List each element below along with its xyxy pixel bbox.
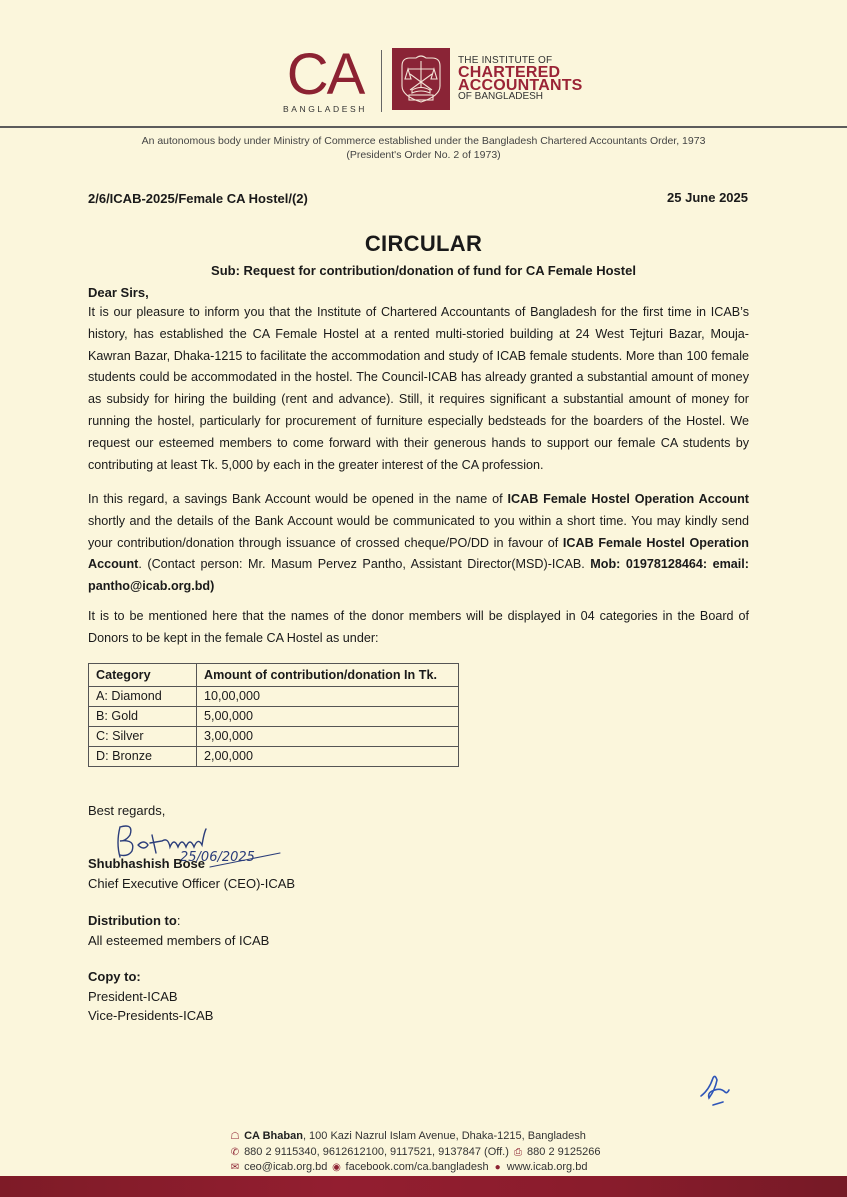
- footer-online: ✉ ceo@icab.org.bd ◉ facebook.com/ca.bang…: [229, 1160, 600, 1176]
- footer-address-text: , 100 Kazi Nazrul Islam Avenue, Dhaka-12…: [303, 1130, 586, 1142]
- row-amount: 3,00,000: [197, 727, 459, 747]
- signatory-title: Chief Executive Officer (CEO)-ICAB: [88, 876, 295, 891]
- fax-icon: ⎙: [512, 1145, 524, 1161]
- table-row: C: Silver 3,00,000: [89, 727, 459, 747]
- table-row: A: Diamond 10,00,000: [89, 687, 459, 707]
- facebook-icon: ◉: [330, 1160, 342, 1176]
- row-amount: 10,00,000: [197, 687, 459, 707]
- ca-logo: CA BANGLADESH: [279, 48, 371, 114]
- presidents-order: (President's Order No. 2 of 1973): [0, 149, 847, 161]
- phone-icon: ✆: [229, 1145, 241, 1161]
- distribution-value: All esteemed members of ICAB: [88, 933, 269, 948]
- paragraph-donor-board: It is to be mentioned here that the name…: [88, 606, 749, 650]
- letter-date: 25 June 2025: [667, 190, 748, 205]
- footer-fax-number: 880 2 9125266: [527, 1146, 600, 1158]
- footer-website-link[interactable]: www.icab.org.bd: [507, 1161, 588, 1173]
- footer-color-band: [0, 1176, 847, 1197]
- footer-phone-numbers: 880 2 9115340, 9612612100, 9117521, 9137…: [244, 1146, 509, 1158]
- crest-emblem-icon: [392, 48, 450, 110]
- document-title: CIRCULAR: [0, 231, 847, 257]
- paragraph-bank-account: In this regard, a savings Bank Account w…: [88, 489, 749, 598]
- autonomous-statement: An autonomous body under Ministry of Com…: [0, 135, 847, 147]
- footer-email-link[interactable]: ceo@icab.org.bd: [244, 1161, 327, 1173]
- row-category: D: Bronze: [89, 747, 197, 767]
- copy-to-label: Copy to:: [88, 969, 141, 984]
- logo-divider: [381, 50, 382, 112]
- p2-text-1: In this regard, a savings Bank Account w…: [88, 492, 508, 506]
- distribution-label-text: Distribution to: [88, 913, 177, 928]
- account-name-1: ICAB Female Hostel Operation Account: [508, 492, 750, 506]
- header-divider: [0, 126, 847, 128]
- footer-address: ☖ CA Bhaban, 100 Kazi Nazrul Islam Avenu…: [229, 1129, 600, 1145]
- copy-to-item: President-ICAB: [88, 989, 178, 1004]
- ca-logo-letters: CA: [279, 48, 371, 102]
- ca-logo-country: BANGLADESH: [279, 104, 371, 114]
- paragraph-intro: It is our pleasure to inform you that th…: [88, 302, 749, 476]
- closing-regards: Best regards,: [88, 803, 165, 818]
- institute-name: THE INSTITUTE OF CHARTERED ACCOUNTANTS O…: [458, 48, 583, 102]
- footer-building: CA Bhaban: [244, 1130, 303, 1142]
- table-row: B: Gold 5,00,000: [89, 707, 459, 727]
- p2-text-3: . (Contact person: Mr. Masum Pervez Pant…: [138, 557, 590, 571]
- signatory-name: Shubhashish Bose: [88, 856, 205, 871]
- envelope-icon: ✉: [229, 1160, 241, 1176]
- header-amount: Amount of contribution/donation In Tk.: [197, 664, 459, 687]
- table-header-row: Category Amount of contribution/donation…: [89, 664, 459, 687]
- row-category: B: Gold: [89, 707, 197, 727]
- globe-icon: ●: [492, 1160, 504, 1176]
- footer-facebook-link[interactable]: facebook.com/ca.bangladesh: [346, 1161, 489, 1173]
- footer-contact: ☖ CA Bhaban, 100 Kazi Nazrul Islam Avenu…: [229, 1129, 600, 1176]
- circular-letter: CA BANGLADESH THE INSTITUTE OF CHARTERED…: [0, 0, 847, 1197]
- row-amount: 5,00,000: [197, 707, 459, 727]
- copy-to-item: Vice-Presidents-ICAB: [88, 1008, 213, 1023]
- row-category: A: Diamond: [89, 687, 197, 707]
- donor-categories-table: Category Amount of contribution/donation…: [88, 663, 459, 767]
- row-amount: 2,00,000: [197, 747, 459, 767]
- header-category: Category: [89, 664, 197, 687]
- footer-phones: ✆ 880 2 9115340, 9612612100, 9117521, 91…: [229, 1145, 600, 1161]
- table-row: D: Bronze 2,00,000: [89, 747, 459, 767]
- reference-number: 2/6/ICAB-2025/Female CA Hostel/(2): [88, 191, 308, 206]
- home-icon: ☖: [229, 1129, 241, 1145]
- handwritten-initials-icon: [695, 1070, 735, 1110]
- distribution-label: Distribution to:: [88, 913, 180, 928]
- row-category: C: Silver: [89, 727, 197, 747]
- salutation: Dear Sirs,: [88, 285, 149, 300]
- distribution-colon: :: [177, 913, 181, 928]
- subject-line: Sub: Request for contribution/donation o…: [0, 263, 847, 278]
- letterhead-logo: CA BANGLADESH THE INSTITUTE OF CHARTERED…: [279, 48, 583, 114]
